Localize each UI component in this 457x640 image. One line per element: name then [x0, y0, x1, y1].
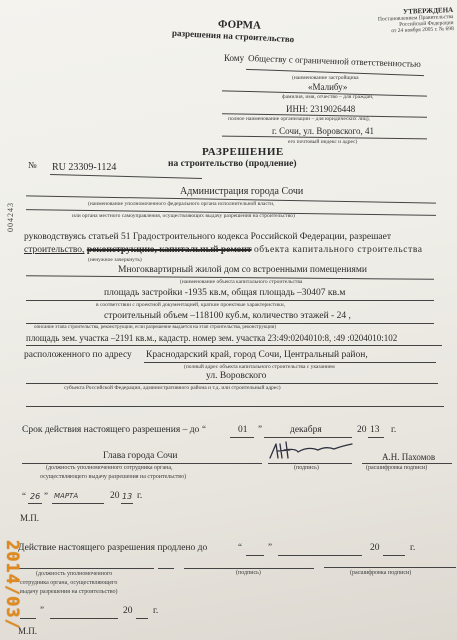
- recipient-hint: полное наименование организации – для юр…: [228, 116, 370, 122]
- extension-day-field[interactable]: [246, 555, 264, 556]
- position-hint: сотрудника органа, осуществляющего: [20, 580, 117, 586]
- recipient-hint: его почтовый индекс и адрес): [288, 139, 357, 145]
- permit-number-label: №: [28, 160, 37, 170]
- position-hint: (должность уполномоченного: [36, 571, 112, 577]
- underline: [268, 463, 352, 464]
- recipient-name-line1: Обществу с ограниченной ответственностью: [248, 53, 421, 69]
- extension-date-day-field[interactable]: [20, 618, 36, 619]
- position-hint: осуществляющего выдачу разрешения на стр…: [40, 474, 186, 480]
- validity-label: Срок действия настоящего разрешения – до: [22, 425, 199, 435]
- issued-year-suffix: г.: [137, 491, 142, 501]
- recipient-inn: ИНН: 2319026448: [286, 104, 355, 114]
- struck-work-types: реконструкцию, капитальный ремонт: [87, 245, 252, 255]
- underline: [26, 383, 438, 384]
- signer-name: А.Н. Пахомов: [382, 452, 435, 462]
- underline: [144, 362, 436, 363]
- validity-year: 13: [370, 425, 380, 435]
- extension-position-field[interactable]: [18, 568, 154, 569]
- quote: ”: [258, 424, 262, 434]
- recipient-hint: фамилия, имя, отчество – для граждан,: [282, 94, 373, 100]
- issued-month: марта: [54, 492, 78, 500]
- extension-date-year-field[interactable]: [136, 618, 148, 619]
- underline: [28, 503, 42, 504]
- address-value: Краснодарский край, город Сочи, Централь…: [146, 350, 368, 360]
- underline: [26, 406, 444, 407]
- extension-date-month-field[interactable]: [50, 618, 118, 619]
- issued-day: 26: [30, 492, 40, 501]
- margin-registration-number: 004243: [6, 202, 15, 232]
- body-line-1: руководствуясь статьей 51 Градостроитель…: [24, 232, 391, 242]
- position-hint: выдачу разрешения на строительство): [20, 589, 118, 595]
- photo-date-stamp: 2014/03/: [2, 540, 22, 630]
- issued-year-prefix: 20: [110, 491, 120, 501]
- issued-year: 13: [122, 492, 132, 501]
- name-hint: (расшифровка подписи): [350, 570, 411, 576]
- form-subtitle: разрешения на строительство: [172, 28, 295, 44]
- quote: ”: [40, 605, 44, 615]
- underline: [52, 503, 104, 504]
- approval-block: УТВЕРЖДЕНА Постановлением Правительства …: [318, 6, 454, 37]
- object-name: Многоквартирный жилой дом со встроенными…: [118, 265, 367, 275]
- permit-title: РАЗРЕШЕНИЕ: [202, 146, 284, 158]
- underline: [22, 463, 262, 464]
- validity-month: декабря: [290, 425, 322, 435]
- signature-hint: (подпись): [236, 570, 261, 576]
- extension-year-prefix: 20: [370, 543, 380, 553]
- authority-hint: или органа местного самоуправления, осущ…: [72, 213, 295, 219]
- position-hint: (должность уполномоченного сотрудника ор…: [46, 465, 173, 471]
- recipient-name-line2: «Малибу»: [308, 82, 347, 92]
- underline: [26, 300, 434, 301]
- extension-label: Действие настоящего разрешения продлено …: [18, 543, 207, 553]
- area-hint: в соответствии с проектной документацией…: [96, 302, 285, 308]
- authority-name: Администрация города Сочи: [180, 186, 303, 197]
- recipient-label: Кому: [224, 53, 244, 63]
- validity-year-suffix: г.: [391, 425, 396, 435]
- quote: “: [202, 424, 206, 434]
- name-hint: (расшифровка подписи): [366, 465, 427, 471]
- quote: “: [22, 491, 26, 501]
- validity-day: 01: [238, 425, 248, 435]
- address-hint: (полный адрес объекта капитального строи…: [184, 364, 335, 370]
- recipient-hint: (наименование застройщика: [292, 75, 359, 81]
- permit-subtitle: на строительство (продление): [168, 159, 297, 169]
- underline: [368, 437, 384, 438]
- underline: [121, 503, 133, 504]
- extension-signature-field[interactable]: [184, 568, 314, 569]
- quote: “: [238, 542, 242, 552]
- authority-hint: (наименование уполномоченного федерально…: [88, 201, 275, 207]
- stage-hint: описание этапа строительства, реконструк…: [34, 325, 276, 330]
- volume-line: строительный объем –118100 куб.м, количе…: [104, 311, 351, 321]
- extension-date-year-prefix: 20: [123, 606, 133, 616]
- extension-month-field[interactable]: [278, 555, 362, 556]
- allowed-work-type: строительство,: [24, 245, 84, 255]
- underline: [362, 463, 452, 464]
- address-label: расположенного по адресу: [24, 350, 132, 360]
- extension-year-field[interactable]: [383, 555, 405, 556]
- validity-year-prefix: 20: [357, 425, 367, 435]
- seal-mark: М.П.: [20, 513, 39, 523]
- underline: [26, 345, 442, 346]
- recipient-address: г. Сочи, ул. Воровского, 41: [272, 126, 374, 136]
- strike-hint: (ненужное зачеркнуть): [88, 257, 142, 263]
- body-line-2-rest: объекта капитального строительства: [254, 245, 423, 255]
- object-hint: (наименование объекта капитального строи…: [180, 279, 302, 285]
- underline: [50, 174, 202, 179]
- extension-name-field[interactable]: [324, 567, 456, 568]
- land-line: площадь зем. участка –2191 кв.м., кадаст…: [26, 333, 397, 343]
- signature-hint: (подпись): [294, 465, 319, 471]
- address-street: ул. Воровского: [206, 371, 266, 381]
- area-line: площадь застройки -1935 кв.м, общая площ…: [104, 288, 345, 298]
- permit-number: RU 23309-1124: [52, 162, 116, 173]
- address-hint: субъекта Российской Федерации, администр…: [64, 385, 281, 391]
- quote: ”: [268, 542, 272, 552]
- underline: [230, 437, 254, 438]
- signer-position: Глава города Сочи: [103, 451, 177, 461]
- extension-year-suffix: г.: [410, 543, 415, 553]
- handwritten-signature: [268, 438, 358, 464]
- underline: [158, 568, 174, 569]
- body-line-2: строительство, реконструкцию, капитальны…: [24, 245, 423, 255]
- underline: [26, 323, 434, 324]
- extension-date-year-suffix: г.: [153, 606, 158, 616]
- quote: ”: [44, 491, 48, 501]
